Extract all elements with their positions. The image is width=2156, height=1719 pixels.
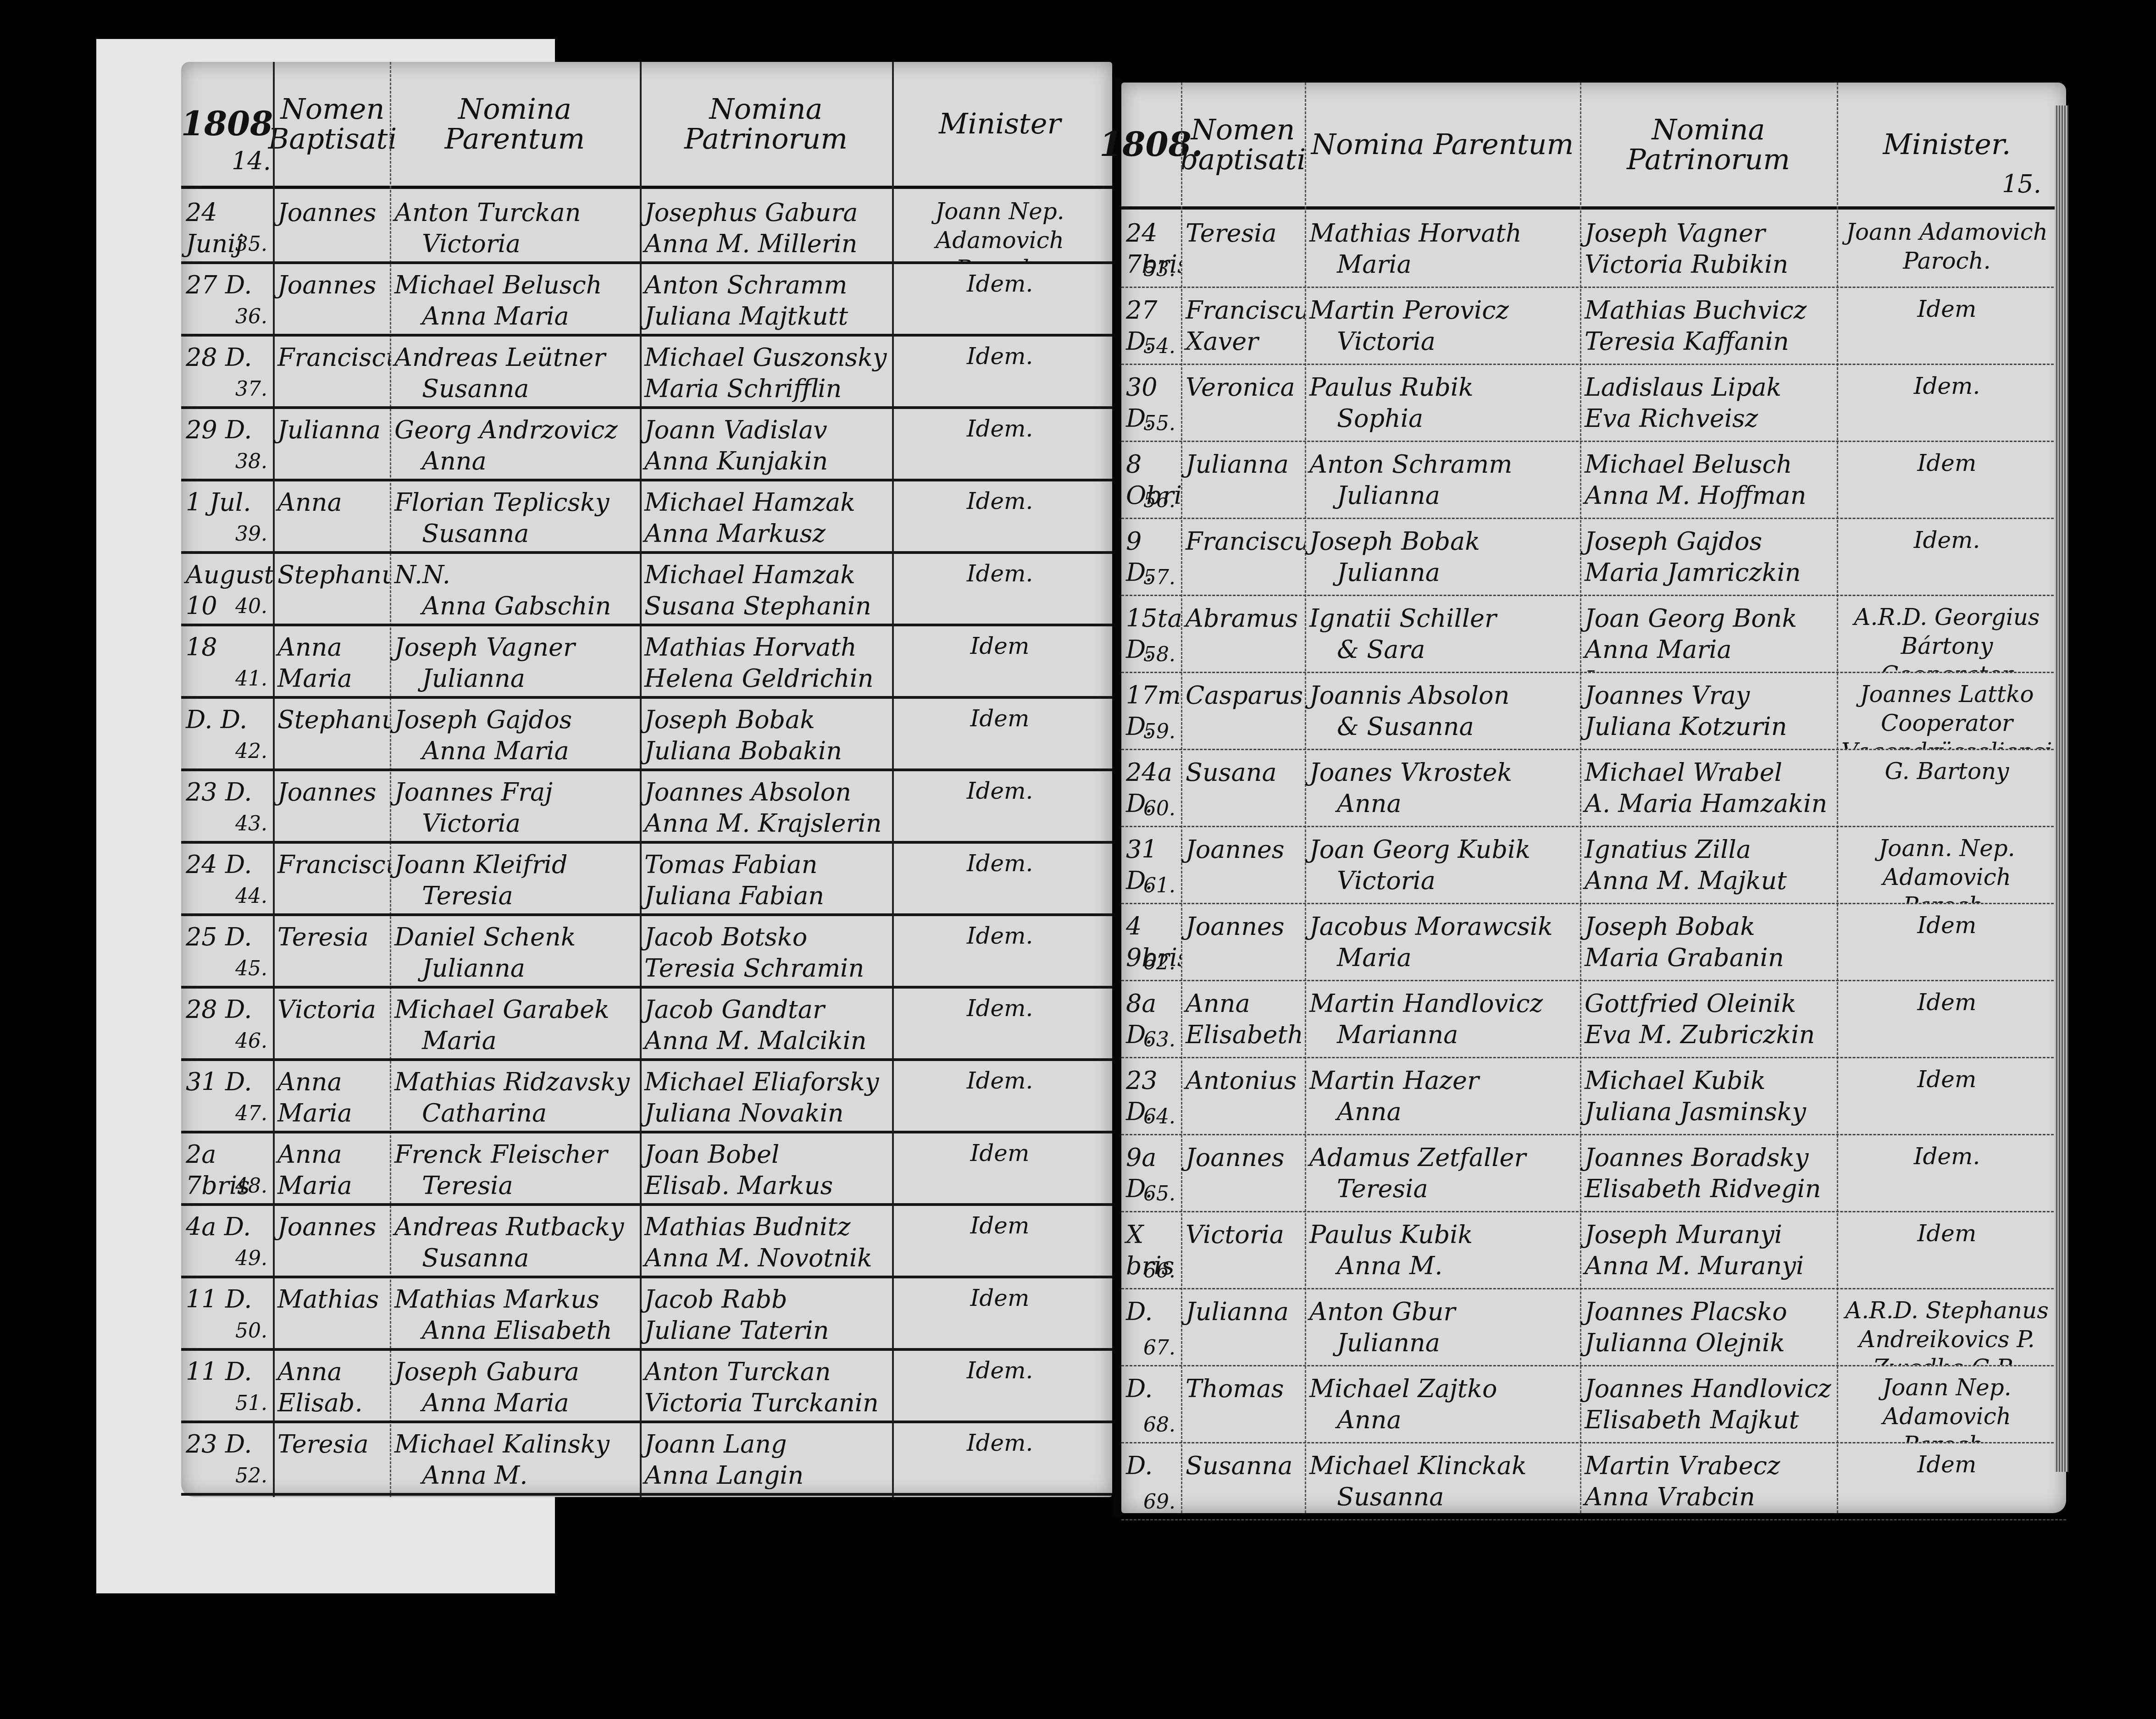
- left-header-nomina-parentum: Nomina Parentum: [390, 62, 640, 186]
- child-name-cell: Joannes: [1181, 826, 1305, 903]
- minister-cell: Joann. Nep. Adamovich Paroch.: [1837, 826, 2057, 903]
- minister-cell: A.R.D. Georgius Bártony Cooperator Szomo…: [1837, 595, 2057, 672]
- minister-name: Idem: [1918, 296, 1977, 322]
- godfather-name: Joseph Bobak: [644, 705, 815, 734]
- entry-date: 28 D.: [186, 342, 268, 373]
- godmother-name: Elisabeth Ridvegin: [1585, 1174, 1821, 1203]
- godparents-cell: Joan BobelElisab. Markus: [640, 1131, 892, 1203]
- entry-date-cell: 15ta D.58.: [1121, 595, 1181, 672]
- child-name: Joannes: [277, 198, 377, 227]
- entry-date-cell: 23 D.52.: [181, 1421, 273, 1493]
- entry-date-cell: 9 D.57.: [1121, 518, 1181, 595]
- parents-cell: Joannes FrajVictoria: [390, 768, 640, 841]
- parents-cell: Michael ZajtkoAnna: [1305, 1365, 1580, 1442]
- godfather-name: Joan Bobel: [644, 1140, 779, 1169]
- godparents-cell: Joannes HandloviczElisabeth Majkut: [1580, 1365, 1837, 1442]
- minister-cell: Idem: [1837, 980, 2057, 1057]
- minister-cell: Idem: [892, 1276, 1108, 1348]
- register-entry: 9 D.57.FranciscusJoseph BobakJuliannaJos…: [1121, 518, 2066, 596]
- child-name-cell: Anna Maria: [273, 624, 390, 696]
- entry-number: 40.: [235, 594, 267, 619]
- minister-cell: Idem.: [892, 913, 1108, 986]
- mother-name: Anna M.: [394, 1460, 635, 1491]
- godparents-cell: Joann VadislavAnna Kunjakin: [640, 406, 892, 479]
- child-name: Franciscus: [277, 343, 390, 372]
- child-name: Casparus: [1186, 681, 1303, 710]
- minister-cell: Idem.: [1837, 518, 2057, 595]
- register-entry: 1 Jul.39.AnnaFlorian TeplicskySusannaMic…: [181, 479, 1112, 554]
- father-name: N.N.: [394, 560, 450, 589]
- godfather-name: Jacob Botsko: [644, 923, 807, 951]
- father-name: Michael Zajtko: [1309, 1374, 1497, 1403]
- entry-date-cell: 8 Obris56.: [1121, 441, 1181, 518]
- godfather-name: Joseph Muranyi: [1585, 1220, 1782, 1249]
- father-name: Anton Turckan: [394, 198, 581, 227]
- minister-cell: Idem: [1837, 1442, 2057, 1519]
- child-name: Anna Maria: [277, 1140, 352, 1200]
- godmother-name: Juliana Jasminsky: [1585, 1097, 1806, 1126]
- godfather-name: Mathias Buchvicz: [1585, 296, 1807, 325]
- mother-name: Victoria: [1309, 865, 1575, 896]
- register-entry: 23 D.52.TeresiaMichael KalinskyAnna M.Jo…: [181, 1421, 1112, 1496]
- entry-date-cell: 9a D.65.: [1121, 1134, 1181, 1211]
- child-name: Joannes: [1186, 1143, 1285, 1172]
- entry-number: 48.: [235, 1173, 267, 1199]
- mother-name: Victoria: [394, 228, 635, 260]
- minister-name: Joannes Lattko Cooperator Vagendrüsselie…: [1841, 681, 2057, 749]
- godfather-name: Mathias Horvath: [644, 633, 857, 662]
- entry-date-cell: 1 Jul.39.: [181, 479, 273, 551]
- register-entry: 9a D.65.JoannesAdamus ZetfallerTeresiaJo…: [1121, 1134, 2066, 1212]
- right-page-number: 15.: [2002, 170, 2041, 199]
- entry-number: 43.: [235, 811, 267, 836]
- godparents-cell: Joseph GajdosMaria Jamriczkin: [1580, 518, 1837, 595]
- entry-number: 62.: [1143, 950, 1175, 975]
- child-name: Thomas: [1186, 1374, 1284, 1403]
- minister-cell: Idem.: [892, 768, 1108, 841]
- minister-name: Idem.: [967, 923, 1033, 949]
- godmother-name: Maria Grabanin: [1585, 943, 1784, 972]
- register-entry: X bris66.VictoriaPaulus KubikAnna M.Jose…: [1121, 1211, 2066, 1289]
- child-name: Joannes: [277, 271, 377, 299]
- godmother-name: Eva M. Zubriczkin: [1585, 1020, 1815, 1049]
- godfather-name: Anton Turckan: [644, 1357, 831, 1386]
- godparents-cell: Michael GuszonskyMaria Schrifflin: [640, 334, 892, 406]
- godmother-name: Anna M. Muranyi: [1585, 1251, 1804, 1280]
- child-name: Joannes: [277, 1212, 377, 1241]
- godfather-name: Joan Georg Bonk: [1585, 604, 1797, 633]
- godmother-name: Eva Richveisz: [1585, 404, 1758, 433]
- minister-name: Idem.: [967, 343, 1033, 370]
- father-name: Mathias Ridzavsky: [394, 1067, 630, 1096]
- father-name: Georg Andrzovicz: [394, 415, 618, 444]
- child-name-cell: Anna Elisabeth: [1181, 980, 1305, 1057]
- child-name: Joannes: [277, 778, 377, 807]
- register-entry: 2a 7bris48.Anna MariaFrenck FleischerTer…: [181, 1131, 1112, 1206]
- entry-date: D.: [1126, 1296, 1176, 1327]
- godparents-cell: Gottfried OleinikEva M. Zubriczkin: [1580, 980, 1837, 1057]
- entry-number: 44.: [235, 884, 267, 909]
- parents-cell: Anton TurckanVictoria: [390, 189, 640, 261]
- minister-cell: G. Bartony: [1837, 749, 2057, 826]
- godfather-name: Joseph Gajdos: [1585, 527, 1762, 556]
- parents-cell: Frenck FleischerTeresia: [390, 1131, 640, 1203]
- godparents-cell: Joann LangAnna Langin: [640, 1421, 892, 1493]
- right-header-nomina-parentum: Nomina Parentum: [1305, 83, 1580, 206]
- child-name-cell: Anna Maria: [273, 1131, 390, 1203]
- father-name: Paulus Rubik: [1309, 373, 1474, 402]
- left-register: 1808 14. Nomen Baptisati Nomina Parentum…: [181, 62, 1112, 1497]
- child-name-cell: Thomas: [1181, 1365, 1305, 1442]
- godmother-name: Juliana Fabian: [644, 881, 824, 910]
- godparents-cell: Michael HamzakAnna Markusz: [640, 479, 892, 551]
- register-entry: 4 9bris62.JoannesJacobus MorawcsikMariaJ…: [1121, 903, 2066, 981]
- godparents-cell: Anton SchrammJuliana Majtkutt: [640, 261, 892, 334]
- father-name: Andreas Rutbacky: [394, 1212, 624, 1241]
- father-name: Joann Kleifrid: [394, 850, 568, 879]
- minister-cell: Idem.: [1837, 1134, 2057, 1211]
- godmother-name: Victoria Rubikin: [1585, 250, 1788, 279]
- godmother-name: Anna M. Majkut: [1585, 866, 1787, 895]
- child-name: Stephanus: [277, 705, 390, 734]
- godfather-name: Jacob Rabb: [644, 1285, 787, 1314]
- register-entry: 23 D.64.AntoniusMartin HazerAnnaMichael …: [1121, 1057, 2066, 1135]
- parents-cell: Andreas RutbackySusanna: [390, 1203, 640, 1276]
- godfather-name: Joann Vadislav: [644, 415, 827, 444]
- register-entry: 29 D.38.JuliannaGeorg AndrzoviczAnnaJoan…: [181, 406, 1112, 481]
- register-entry: 31 D.61.JoannesJoan Georg KubikVictoriaI…: [1121, 826, 2066, 904]
- entry-number: 65.: [1143, 1181, 1175, 1206]
- minister-name: Idem.: [1914, 1143, 1980, 1170]
- entry-number: 47.: [235, 1101, 267, 1126]
- godparents-cell: Ignatius ZillaAnna M. Majkut: [1580, 826, 1837, 903]
- godparents-cell: Mathias BudnitzAnna M. Novotnik: [640, 1203, 892, 1276]
- book-spine: [1112, 78, 1121, 1518]
- father-name: Adamus Zetfaller: [1309, 1143, 1526, 1172]
- register-entry: 8a D.63.Anna ElisabethMartin HandloviczM…: [1121, 980, 2066, 1058]
- minister-cell: A.R.D. Stephanus Andreikovics P. Zwedke …: [1837, 1288, 2057, 1365]
- right-header-nomina-patrinorum: Nomina Patrinorum: [1580, 83, 1837, 206]
- father-name: Michael Klinckak: [1309, 1451, 1527, 1480]
- entry-date-cell: 1841.: [181, 624, 273, 696]
- minister-name: Idem: [1918, 989, 1977, 1016]
- mother-name: Julianna: [394, 953, 635, 984]
- entry-number: 52.: [235, 1463, 267, 1488]
- godfather-name: Joann Lang: [644, 1430, 787, 1459]
- child-name-cell: Franciscus: [273, 841, 390, 913]
- child-name-cell: Teresia: [1181, 210, 1305, 287]
- minister-cell: Idem.: [892, 1348, 1108, 1421]
- mother-name: Susanna: [394, 518, 635, 549]
- father-name: Joseph Bobak: [1309, 527, 1480, 556]
- child-name: Franciscus: [277, 850, 390, 879]
- mother-name: Anna Maria: [394, 735, 635, 767]
- child-name: Franciscus Xaver: [1186, 296, 1305, 356]
- child-name-cell: Antonius: [1181, 1057, 1305, 1134]
- entry-number: 41.: [235, 666, 267, 691]
- register-entry: 28 D.37.FranciscusAndreas LeütnerSusanna…: [181, 334, 1112, 409]
- mother-name: Anna: [1309, 1096, 1575, 1128]
- parents-cell: Andreas LeütnerSusanna: [390, 334, 640, 406]
- child-name: Antonius: [1186, 1066, 1297, 1095]
- minister-cell: Idem.: [892, 334, 1108, 406]
- entry-date-cell: 2a 7bris48.: [181, 1131, 273, 1203]
- parents-cell: Joan Georg KubikVictoria: [1305, 826, 1580, 903]
- right-header-nomen-baptisati: Nomen baptisati: [1181, 83, 1305, 206]
- parents-cell: Mathias HorvathMaria: [1305, 210, 1580, 287]
- minister-name: Idem.: [1914, 373, 1980, 399]
- minister-cell: Idem: [1837, 441, 2057, 518]
- child-name-cell: Teresia: [273, 913, 390, 986]
- parents-cell: Daniel SchenkJulianna: [390, 913, 640, 986]
- register-entry: D.68.ThomasMichael ZajtkoAnnaJoannes Han…: [1121, 1365, 2066, 1443]
- child-name: Anna Maria: [277, 633, 352, 693]
- minister-name: Idem: [1918, 912, 1977, 939]
- parents-cell: Anton SchrammJulianna: [1305, 441, 1580, 518]
- entry-date-cell: 17ma D.59.: [1121, 672, 1181, 749]
- entry-date-cell: 28 D.37.: [181, 334, 273, 406]
- child-name-cell: Susana: [1181, 749, 1305, 826]
- mother-name: Anna: [394, 446, 635, 477]
- minister-cell: Idem: [892, 1203, 1108, 1276]
- parents-cell: Joanes VkrostekAnna: [1305, 749, 1580, 826]
- entry-number: 46.: [235, 1028, 267, 1054]
- godparents-cell: Joannes VrayJuliana Kotzurin: [1580, 672, 1837, 749]
- minister-cell: Idem.: [892, 1058, 1108, 1131]
- minister-cell: Idem: [892, 1131, 1108, 1203]
- father-name: Joan Georg Kubik: [1309, 835, 1530, 864]
- entry-date-cell: 11 D.50.: [181, 1276, 273, 1348]
- entry-date: 28 D.: [186, 994, 268, 1025]
- parents-cell: N.N.Anna Gabschin: [390, 551, 640, 624]
- godfather-name: Joseph Vagner: [1585, 219, 1765, 248]
- entry-date-cell: 4 9bris62.: [1121, 903, 1181, 980]
- father-name: Ignatii Schiller: [1309, 604, 1496, 633]
- godparents-cell: Joannes BoradskyElisabeth Ridvegin: [1580, 1134, 1837, 1211]
- child-name: Anna Elisabeth: [1186, 989, 1303, 1049]
- entry-number: 58.: [1143, 642, 1175, 667]
- child-name: Franciscus: [1186, 527, 1305, 556]
- child-name: Abramus: [1186, 604, 1298, 633]
- parents-cell: Joseph GaburaAnna Maria: [390, 1348, 640, 1421]
- entry-number: 68.: [1143, 1412, 1175, 1437]
- father-name: Florian Teplicsky: [394, 488, 610, 517]
- parents-cell: Joseph GajdosAnna Maria: [390, 696, 640, 768]
- godfather-name: Michael Kubik: [1585, 1066, 1766, 1095]
- entry-number: 60.: [1143, 796, 1175, 821]
- entry-date: 23 D.: [186, 1429, 268, 1460]
- godmother-name: Maria Jamriczkin: [1585, 558, 1801, 587]
- entry-date-cell: 4a D.49.: [181, 1203, 273, 1276]
- child-name: Julianna: [1186, 450, 1289, 479]
- minister-name: Idem: [1918, 1220, 1977, 1247]
- child-name: Veronica: [1186, 373, 1295, 402]
- father-name: Joseph Vagner: [394, 633, 575, 662]
- entry-date-cell: 30 D.55.: [1121, 364, 1181, 441]
- godfather-name: Ignatius Zilla: [1585, 835, 1751, 864]
- godmother-name: Helena Geldrichin: [644, 664, 874, 693]
- father-name: Mathias Horvath: [1309, 219, 1522, 248]
- minister-name: A.R.D. Georgius Bártony Cooperator Szomo…: [1846, 604, 2047, 672]
- minister-cell: Idem.: [1837, 364, 2057, 441]
- godparents-cell: Josephus GaburaAnna M. Millerin: [640, 189, 892, 261]
- minister-cell: Idem.: [892, 986, 1108, 1058]
- register-entry: 24 D.44.FranciscusJoann KleifridTeresiaT…: [181, 841, 1112, 916]
- mother-name: Teresia: [394, 1170, 635, 1201]
- left-page-number: 14.: [232, 147, 271, 176]
- minister-cell: Idem.: [892, 406, 1108, 479]
- minister-cell: Idem.: [892, 261, 1108, 334]
- entry-date: 31 D.: [186, 1067, 268, 1098]
- godparents-cell: Joseph BobakMaria Grabanin: [1580, 903, 1837, 980]
- godfather-name: Gottfried Oleinik: [1585, 989, 1796, 1018]
- godparents-cell: Michael BeluschAnna M. Hoffman: [1580, 441, 1837, 518]
- entry-number: 55.: [1143, 411, 1175, 436]
- minister-name: Idem: [970, 1285, 1030, 1311]
- mother-name: & Sara: [1309, 634, 1575, 665]
- entry-date: 29 D.: [186, 415, 268, 446]
- child-name-cell: Teresia: [273, 1421, 390, 1493]
- godparents-cell: Martin VrabeczAnna Vrabcin: [1580, 1442, 1837, 1519]
- parents-cell: Michael KlinckakSusanna: [1305, 1442, 1580, 1519]
- entry-number: 64.: [1143, 1104, 1175, 1129]
- mother-name: Maria: [394, 1025, 635, 1056]
- child-name: Teresia: [277, 923, 369, 951]
- mother-name: Maria: [1309, 942, 1575, 973]
- godmother-name: Teresia Schramin: [644, 954, 864, 983]
- entry-date-cell: 24 Junij35.: [181, 189, 273, 261]
- minister-name: Idem.: [967, 560, 1033, 587]
- entry-date-cell: D.69.: [1121, 1442, 1181, 1519]
- mother-name: Marianna: [1309, 1019, 1575, 1050]
- godmother-name: Juliana Bobakin: [644, 736, 842, 765]
- minister-cell: Idem: [1837, 1057, 2057, 1134]
- register-entry: 4a D.49.JoannesAndreas RutbackySusannaMa…: [181, 1203, 1112, 1278]
- minister-name: Idem.: [967, 1430, 1033, 1456]
- godfather-name: Michael Wrabel: [1585, 758, 1782, 787]
- register-entry: 31 D.47.Anna MariaMathias RidzavskyCatha…: [181, 1058, 1112, 1133]
- right-year: 1808.: [1121, 83, 1181, 206]
- mother-name: Susanna: [1309, 1481, 1575, 1513]
- minister-name: Idem.: [967, 850, 1033, 877]
- child-name-cell: Stephanus: [273, 696, 390, 768]
- minister-name: Joann Nep. Adamovich Paroch.: [1882, 1374, 2012, 1442]
- entry-date-cell: 29 D.38.: [181, 406, 273, 479]
- godfather-name: Ladislaus Lipak: [1585, 373, 1781, 402]
- register-entry: 27 D.36.JoannesMichael BeluschAnna Maria…: [181, 261, 1112, 337]
- godparents-cell: Michael WrabelA. Maria Hamzakin: [1580, 749, 1837, 826]
- register-entry: 28 D.46.VictoriaMichael GarabekMariaJaco…: [181, 986, 1112, 1061]
- child-name-cell: Anna Maria: [273, 1058, 390, 1131]
- entry-date: 1 Jul.: [186, 487, 268, 518]
- child-name-cell: Joannes: [1181, 1134, 1305, 1211]
- mother-name: Maria: [1309, 249, 1575, 280]
- father-name: Jacobus Morawcsik: [1309, 912, 1553, 941]
- parents-cell: Joseph BobakJulianna: [1305, 518, 1580, 595]
- child-name-cell: Joannes: [273, 189, 390, 261]
- minister-name: Joann Adamovich Paroch.: [1846, 219, 2048, 274]
- entry-date-cell: 31 D.47.: [181, 1058, 273, 1131]
- minister-name: Joann. Nep. Adamovich Paroch.: [1879, 835, 2015, 903]
- child-name: Stephanus: [277, 560, 390, 589]
- entry-number: 61.: [1143, 873, 1175, 898]
- mother-name: Victoria: [394, 808, 635, 839]
- godparents-cell: Mathias BuchviczTeresia Kaffanin: [1580, 287, 1837, 364]
- godfather-name: Michael Eliaforsky: [644, 1067, 879, 1096]
- mother-name: Anna Maria: [394, 301, 635, 332]
- child-name-cell: Stephanus: [273, 551, 390, 624]
- minister-name: Idem.: [967, 1357, 1033, 1384]
- godfather-name: Michael Belusch: [1585, 450, 1792, 479]
- minister-cell: Joann Adamovich Paroch.: [1837, 210, 2057, 287]
- godparents-cell: Mathias HorvathHelena Geldrichin: [640, 624, 892, 696]
- minister-cell: Joann Nep. Adamovich Paroch.: [892, 189, 1108, 261]
- entry-number: 49.: [235, 1246, 267, 1271]
- child-name-cell: Joannes: [273, 1203, 390, 1276]
- godparents-cell: Joan Georg BonkAnna Maria Laytner: [1580, 595, 1837, 672]
- left-header-minister: Minister: [892, 62, 1108, 186]
- godparents-cell: Michael EliaforskyJuliana Novakin: [640, 1058, 892, 1131]
- parents-cell: Adamus ZetfallerTeresia: [1305, 1134, 1580, 1211]
- child-name: Julianna: [1186, 1297, 1289, 1326]
- godparents-cell: Joannes PlacskoJulianna Olejnik: [1580, 1288, 1837, 1365]
- godmother-name: Anna Maria Laytner: [1585, 635, 1732, 672]
- entry-date-cell: 31 D.61.: [1121, 826, 1181, 903]
- godmother-name: Anna M. Millerin: [644, 229, 857, 258]
- godmother-name: Anna Kunjakin: [644, 447, 828, 475]
- father-name: Martin Perovicz: [1309, 296, 1509, 325]
- mother-name: Teresia: [1309, 1173, 1575, 1205]
- child-name: Anna Maria: [277, 1067, 352, 1128]
- entry-date-cell: 28 D.46.: [181, 986, 273, 1058]
- entry-date-cell: 24 D.44.: [181, 841, 273, 913]
- godparents-cell: Joseph MuranyiAnna M. Muranyi: [1580, 1211, 1837, 1288]
- entry-number: 50.: [235, 1318, 267, 1343]
- register-entry: Augusti 1040.StephanusN.N.Anna GabschinM…: [181, 551, 1112, 626]
- godparents-cell: Jacob BotskoTeresia Schramin: [640, 913, 892, 986]
- entry-date-cell: 23 D.43.: [181, 768, 273, 841]
- godmother-name: Juliana Novakin: [644, 1099, 844, 1128]
- godfather-name: Joannes Absolon: [644, 778, 851, 807]
- mother-name: Anna M.: [1309, 1250, 1575, 1282]
- entry-number: 56.: [1143, 488, 1175, 513]
- godfather-name: Mathias Budnitz: [644, 1212, 851, 1241]
- entry-date-cell: 8a D.63.: [1121, 980, 1181, 1057]
- godmother-name: Maria Schrifflin: [644, 374, 842, 403]
- father-name: Michael Kalinsky: [394, 1430, 610, 1459]
- entry-date-cell: 24 7bris53.: [1121, 210, 1181, 287]
- minister-name: Idem: [1918, 450, 1977, 476]
- godmother-name: Susana Stephanin: [644, 591, 871, 620]
- minister-cell: Idem: [892, 624, 1108, 696]
- register-entry: 25 D.45.TeresiaDaniel SchenkJuliannaJaco…: [181, 913, 1112, 989]
- entry-number: 57.: [1143, 565, 1175, 590]
- godfather-name: Joseph Bobak: [1585, 912, 1755, 941]
- mother-name: Anna Maria: [394, 1387, 635, 1419]
- godfather-name: Martin Vrabecz: [1585, 1451, 1780, 1480]
- child-name-cell: Joannes: [1181, 903, 1305, 980]
- godmother-name: Anna M. Hoffman: [1585, 481, 1807, 510]
- godmother-name: Anna M. Novotnik: [644, 1244, 872, 1272]
- minister-name: G. Bartony: [1884, 758, 2009, 785]
- child-name: Anna Elisab.: [277, 1357, 363, 1417]
- minister-name: Idem: [1918, 1451, 1977, 1478]
- entry-date: 4a D.: [186, 1211, 268, 1243]
- child-name: Anna: [277, 488, 342, 517]
- father-name: Andreas Leütner: [394, 343, 605, 372]
- child-name-cell: Veronica: [1181, 364, 1305, 441]
- entry-date-cell: 27 D.36.: [181, 261, 273, 334]
